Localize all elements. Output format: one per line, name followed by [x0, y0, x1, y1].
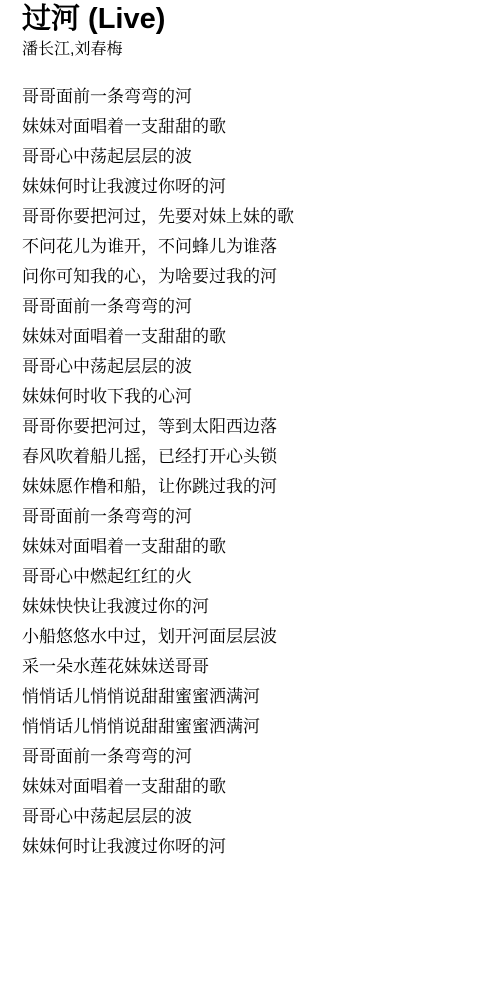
lyrics: 哥哥面前一条弯弯的河妹妹对面唱着一支甜甜的歌哥哥心中荡起层层的波妹妹何时让我渡过…: [22, 82, 480, 862]
lyric-line: 妹妹对面唱着一支甜甜的歌: [22, 322, 480, 352]
lyrics-page: 过河 (Live) 潘长江,刘春梅 哥哥面前一条弯弯的河妹妹对面唱着一支甜甜的歌…: [0, 0, 500, 1000]
lyric-line: 悄悄话儿悄悄说甜甜蜜蜜洒满河: [22, 682, 480, 712]
lyric-line: 哥哥心中荡起层层的波: [22, 352, 480, 382]
lyric-line: 妹妹何时收下我的心河: [22, 382, 480, 412]
lyric-line: 哥哥心中荡起层层的波: [22, 802, 480, 832]
lyric-line: 哥哥心中荡起层层的波: [22, 142, 480, 172]
lyric-line: 妹妹对面唱着一支甜甜的歌: [22, 532, 480, 562]
lyric-line: 哥哥面前一条弯弯的河: [22, 82, 480, 112]
lyric-line: 哥哥面前一条弯弯的河: [22, 292, 480, 322]
lyric-line: 妹妹愿作橹和船，让你跳过我的河: [22, 472, 480, 502]
lyric-line: 小船悠悠水中过，划开河面层层波: [22, 622, 480, 652]
lyric-line: 哥哥面前一条弯弯的河: [22, 502, 480, 532]
lyric-line: 妹妹何时让我渡过你呀的河: [22, 832, 480, 862]
lyric-line: 哥哥面前一条弯弯的河: [22, 742, 480, 772]
lyric-line: 哥哥你要把河过，等到太阳西边落: [22, 412, 480, 442]
lyric-line: 问你可知我的心，为啥要过我的河: [22, 262, 480, 292]
lyric-line: 妹妹对面唱着一支甜甜的歌: [22, 112, 480, 142]
lyric-line: 悄悄话儿悄悄说甜甜蜜蜜洒满河: [22, 712, 480, 742]
lyric-line: 妹妹快快让我渡过你的河: [22, 592, 480, 622]
lyric-line: 妹妹对面唱着一支甜甜的歌: [22, 772, 480, 802]
lyric-line: 采一朵水莲花妹妹送哥哥: [22, 652, 480, 682]
lyric-line: 哥哥心中燃起红红的火: [22, 562, 480, 592]
lyric-line: 哥哥你要把河过，先要对妹上妹的歌: [22, 202, 480, 232]
song-title: 过河 (Live): [22, 0, 480, 36]
artist-names: 潘长江,刘春梅: [22, 40, 480, 59]
lyric-line: 春风吹着船儿摇，已经打开心头锁: [22, 442, 480, 472]
lyric-line: 妹妹何时让我渡过你呀的河: [22, 172, 480, 202]
lyric-line: 不问花儿为谁开，不问蜂儿为谁落: [22, 232, 480, 262]
